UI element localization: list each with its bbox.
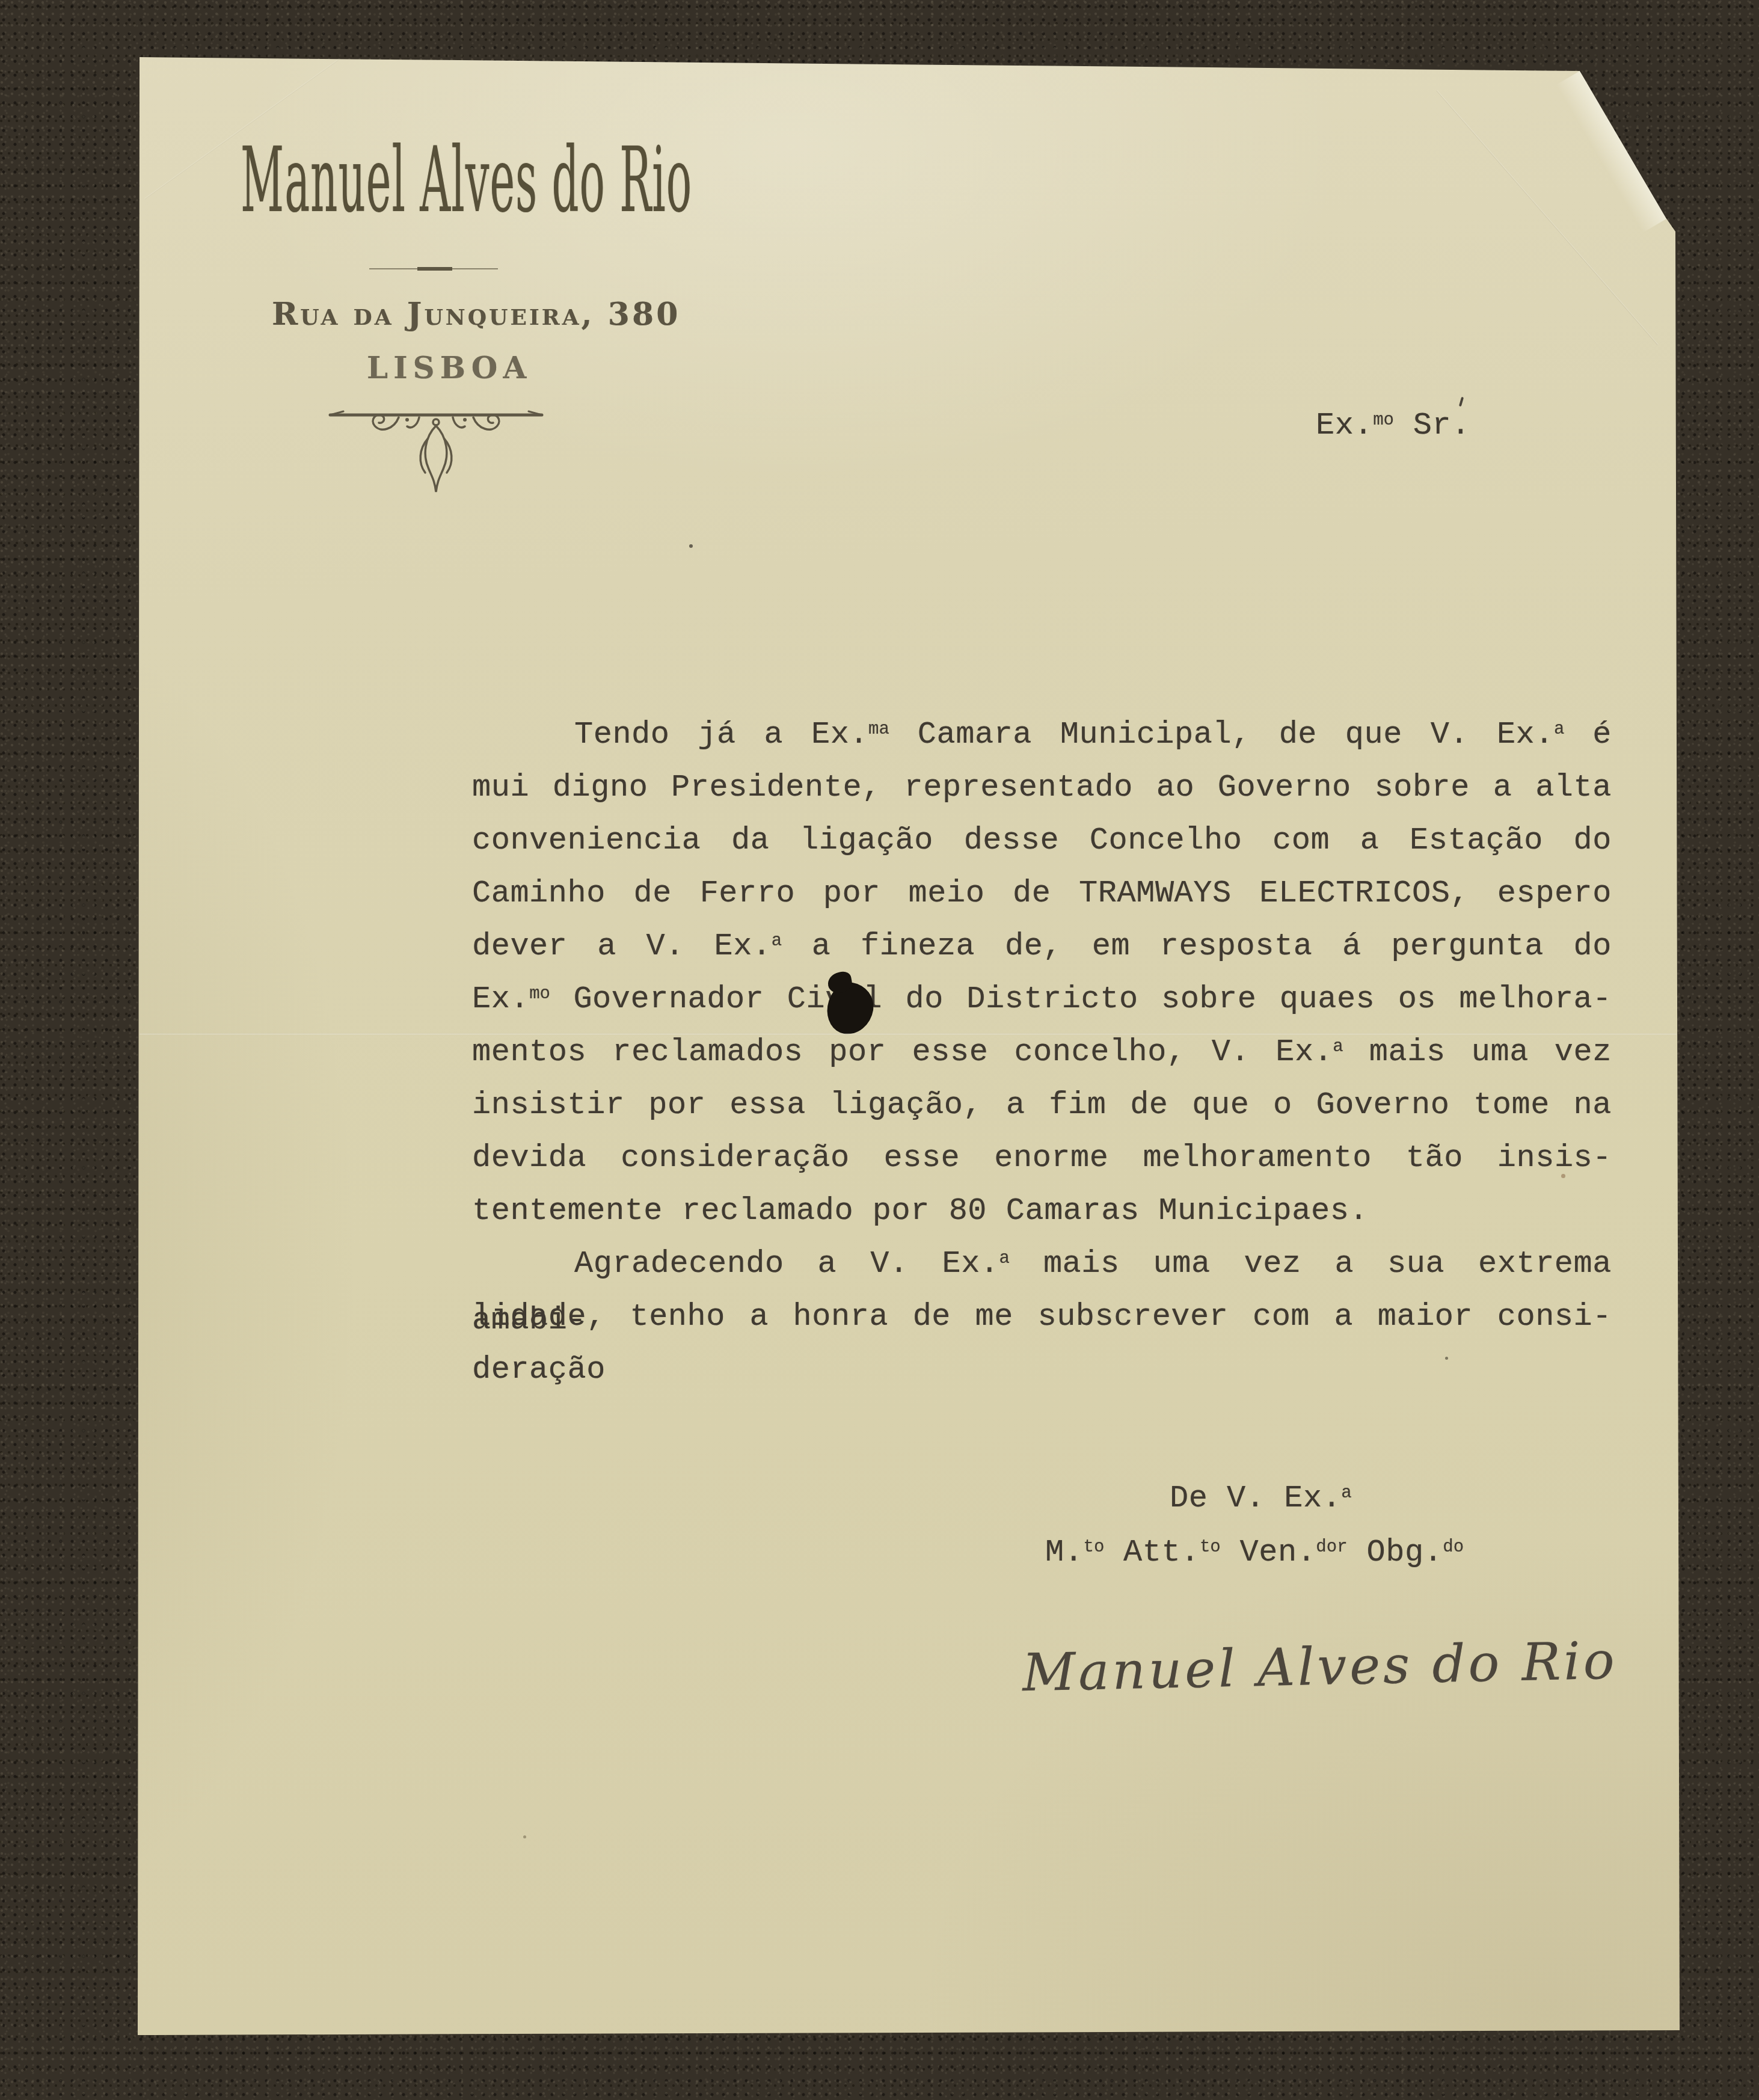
text-run: M. <box>1045 1535 1083 1570</box>
letter-line: mui digno Presidente, representado ao Go… <box>472 761 1612 814</box>
letter-line: Caminho de Ferro por meio de TRAMWAYS EL… <box>472 867 1612 920</box>
letter-line: mentos reclamados por esse concelho, V. … <box>472 1026 1612 1079</box>
letter-line: insistir por essa ligação, a fim de que … <box>472 1079 1612 1132</box>
text-run: Ex. <box>472 981 529 1017</box>
text-run: Caminho de Ferro por meio de TRAMWAYS EL… <box>472 876 1612 911</box>
letter-line: Tendo já a Ex.ma Camara Municipal, de qu… <box>472 708 1612 761</box>
superscript: do <box>1443 1537 1464 1557</box>
text-run: tentemente reclamado por 80 Camaras Muni… <box>472 1193 1368 1229</box>
text-run: mentos reclamados por esse concelho, V. … <box>472 1034 1333 1070</box>
photo-background: Manuel Alves do Rio Rua da Junqueira, 38… <box>0 0 1759 2100</box>
letter-line: tentemente reclamado por 80 Camaras Muni… <box>472 1185 1612 1238</box>
text-run: Att. <box>1104 1535 1200 1570</box>
text-run: Sr. <box>1394 408 1470 443</box>
text-run: Camara Municipal, de que V. Ex. <box>889 717 1554 752</box>
text-run: conveniencia da ligação desse Concelho c… <box>472 823 1612 858</box>
text-run: Ex. <box>1316 408 1373 443</box>
text-run: insistir por essa ligação, a fim de que … <box>472 1087 1612 1123</box>
letter-line: dever a V. Ex.a a fineza de, em resposta… <box>472 920 1612 973</box>
text-run: Ven. <box>1221 1535 1316 1570</box>
letter-line: lidade, tenho a honra de me subscrever c… <box>472 1291 1612 1343</box>
closing-line-1: De V. Ex.a <box>1170 1481 1352 1516</box>
letter-line: deração <box>472 1343 1612 1396</box>
text-run: Tendo já a Ex. <box>574 717 868 752</box>
letter-line: conveniencia da ligação desse Concelho c… <box>472 814 1612 867</box>
text-run: deração <box>472 1352 606 1387</box>
superscript: a <box>999 1248 1010 1268</box>
text-run: Agradecendo a V. Ex. <box>574 1246 999 1282</box>
paper-speck <box>523 1835 526 1838</box>
superscript: a <box>1554 719 1564 739</box>
paper-speck <box>689 544 693 548</box>
superscript: dor <box>1316 1537 1347 1557</box>
text-run: é <box>1565 717 1612 752</box>
letterhead-divider-center <box>417 267 452 271</box>
superscript: a <box>772 931 782 951</box>
closing-line-2: M.to Att.to Ven.dor Obg.do <box>1045 1535 1464 1570</box>
text-run: De V. Ex. <box>1170 1481 1341 1516</box>
paper-speck <box>1445 1357 1448 1360</box>
letter-body: Tendo já a Ex.ma Camara Municipal, de qu… <box>472 708 1612 1396</box>
text-run: dever a V. Ex. <box>472 929 772 964</box>
letter-line: Agradecendo a V. Ex.a mais uma vez a sua… <box>472 1238 1612 1291</box>
paper-crease-top-right <box>1436 90 1658 345</box>
salutation: Ex.mo Sr. <box>1316 408 1470 443</box>
text-run: Governador Civil do Districto sobre quae… <box>550 981 1612 1017</box>
letterhead-divider <box>369 268 498 269</box>
superscript: mo <box>529 984 550 1004</box>
text-run: devida consideração esse enorme melhoram… <box>472 1140 1612 1176</box>
stray-ink-mark <box>1459 397 1464 407</box>
text-run: lidade, tenho a honra de me subscrever c… <box>472 1299 1612 1334</box>
letter-line: Ex.mo Governador Civil do Districto sobr… <box>472 973 1612 1026</box>
text-run: mais uma vez <box>1343 1034 1612 1070</box>
superscript: ma <box>868 719 889 739</box>
letter-line: devida consideração esse enorme melhoram… <box>472 1132 1612 1185</box>
paper-speck <box>1561 1174 1565 1178</box>
superscript: a <box>1341 1483 1351 1503</box>
text-run: a fineza de, em resposta á pergunta do <box>782 929 1612 964</box>
letterhead-city: LISBOA <box>367 350 532 385</box>
letter-paper: Manuel Alves do Rio Rua da Junqueira, 38… <box>0 0 1759 2100</box>
letterhead-address: Rua da Junqueira, 380 <box>272 296 680 333</box>
folded-corner-highlight <box>1556 71 1666 233</box>
superscript: to <box>1083 1537 1104 1557</box>
letterhead-name: Manuel Alves do Rio <box>241 131 692 230</box>
text-run: mui digno Presidente, representado ao Go… <box>472 770 1612 805</box>
letterhead-flourish-icon <box>328 402 544 498</box>
superscript: mo <box>1373 410 1394 430</box>
signature: Manuel Alves do Rio <box>1022 1631 1618 1704</box>
superscript: a <box>1333 1037 1343 1057</box>
text-run: Obg. <box>1348 1535 1443 1570</box>
superscript: to <box>1200 1537 1221 1557</box>
